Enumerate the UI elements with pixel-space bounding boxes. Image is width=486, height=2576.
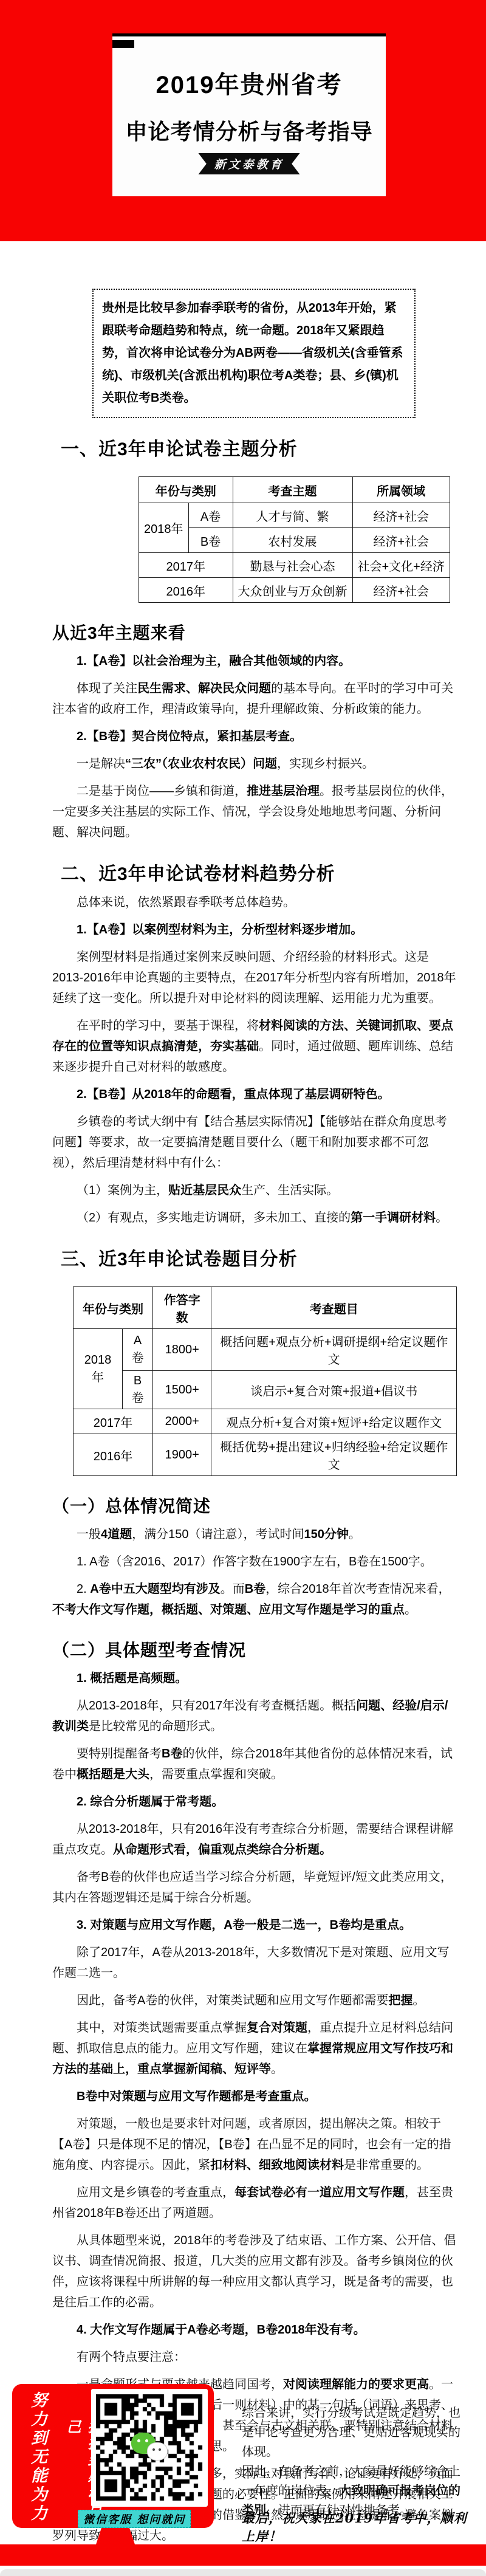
section-heading: 从近3年主题来看: [52, 620, 457, 644]
table-cell: 2016年: [74, 1434, 153, 1476]
paragraph: 乡镇卷的考试大纲中有【结合基层实际情况】【能够站在群众角度思考问题】等要求，故一…: [52, 1111, 457, 1173]
monitor-stand: [96, 2528, 135, 2544]
section-heading: 一、近3年申论试卷主题分析: [61, 434, 457, 461]
paragraph: 2.【B卷】从2018年的命题看，重点体现了基层调研特色。: [52, 1084, 457, 1105]
table-cell: B卷: [188, 528, 233, 553]
table-row: 2018年A卷1800+概括问题+观点分析+调研提纲+给定议题作文: [74, 1329, 457, 1371]
table-cell: 1800+: [153, 1329, 211, 1371]
slogan-column-1: 努力到无能为力: [26, 2391, 49, 2523]
intro-text: 贵州是比较早参加春季联考的省份，从2013年开始，紧跟联考命题趋势和特点，统一命…: [102, 301, 403, 405]
paragraph: 4. 大作文写作题属于A卷必考题，B卷2018年没有考。: [52, 2320, 457, 2340]
table-header-cell: 作答字数: [153, 1287, 211, 1329]
table-cell: 经济+社会: [352, 528, 450, 553]
table-row: 2017年勤恳与社会心态社会+文化+经济: [139, 553, 450, 578]
brand-ribbon: 新文泰教育: [198, 153, 299, 174]
paragraph: （1）案例为主，贴近基层民众生产、生活实际。: [52, 1180, 457, 1201]
intro-box: 贵州是比较早参加春季联考的省份，从2013年开始，紧跟联考命题趋势和特点，统一命…: [92, 289, 416, 418]
table-cell: 2017年: [139, 553, 233, 578]
paragraph: 因此，备考A卷的伙伴，对策类试题和应用文写作题都需要把握。: [52, 1990, 457, 2011]
paragraph: 二是基于岗位——乡镇和街道，推进基层治理。报考基层岗位的伙伴，一定要多关注基层的…: [52, 781, 457, 843]
paragraph: 1. 概括题是高频题。: [52, 1668, 457, 1689]
table-row: 2017年2000+观点分析+复合对策+短评+给定议题作文: [74, 1409, 457, 1434]
paragraph: 对策题，一般也是要求针对问题，或者原因，提出解决之策。相较于【A卷】只是体现不足…: [52, 2114, 457, 2176]
paragraph: B卷中对策题与应用文写作题都是考查重点。: [52, 2086, 457, 2107]
paragraph: 从2013-2018年，只有2017年没有考查概括题。概括问题、经验/启示/教训…: [52, 1695, 457, 1737]
table-row: 年份与类别作答字数考查题目: [74, 1287, 457, 1329]
brand-name: 新文泰教育: [214, 158, 284, 171]
table-header-cell: 考查题目: [211, 1287, 457, 1329]
table-cell: 勤恳与社会心态: [233, 553, 352, 578]
paragraph: 总体来说，依然紧跟春季联考总体趋势。: [52, 892, 457, 913]
table-cell: 2018年: [139, 503, 189, 553]
page: 2019年贵州省考 申论考情分析与备考指导 新文泰教育 贵州是比较早参加春季联考…: [0, 0, 486, 2576]
table-cell: 2017年: [74, 1409, 153, 1434]
page-title-line2: 申论考情分析与备考指导: [112, 115, 386, 146]
table-row: B卷1500+谈启示+复合对策+报道+倡议书: [74, 1371, 457, 1409]
paragraph: 应用文是乡镇卷的考查重点，每套试卷必有一道应用文写作题，甚至贵州省2018年B卷…: [52, 2182, 457, 2224]
paragraph: 从2013-2018年，只有2016年没有考查综合分析题，需要结合课程讲解重点攻…: [52, 1819, 457, 1860]
paragraph: 3. 对策题与应用文写作题，A卷一般是二选一，B卷均是重点。: [52, 1915, 457, 1935]
corner-tab-decoration: [112, 40, 134, 48]
paragraph: 一般4道题，满分150（请注意），考试时间150分钟。: [52, 1524, 457, 1545]
paragraph: 一是解决“三农”（农业农村农民）问题，实现乡村振兴。: [52, 754, 457, 774]
paragraph: 1. A卷（含2016、2017）作答字数在1900字左右，B卷在1500字。: [52, 1551, 457, 1572]
table-cell: 2016年: [139, 578, 233, 603]
bottom-gray-strip: [0, 2569, 486, 2576]
questions-table: 年份与类别作答字数考查题目2018年A卷1800+概括问题+观点分析+调研提纲+…: [73, 1286, 457, 1476]
table-row: 2016年大众创业与万众创新经济+社会: [139, 578, 450, 603]
paragraph: 体现了关注民生需求、解决民众问题的基本导向。在平时的学习中可关注本省的政府工作，…: [52, 678, 457, 720]
footer-summary: 综合来讲，实行分级考试是既定趋势，也是申论考查更为合理、更贴近客观现实的体现。因…: [242, 2403, 468, 2520]
footer-red-bar: [0, 2544, 486, 2566]
table-header-cell: 考查主题: [233, 477, 352, 503]
paragraph: 案例型材料是指通过案例来反映问题、介绍经验的材料形式。这是2013-2016年申…: [52, 947, 457, 1009]
paragraph: 2. A卷中五大题型均有涉及。而B卷，综合2018年首次考查情况来看，不考大作文…: [52, 1579, 457, 1620]
article-body: 一、近3年申论试卷主题分析年份与类别考查主题所属领域2018年A卷人才与简、繁经…: [52, 434, 457, 2546]
table-cell: 2018年: [74, 1329, 123, 1409]
table-cell: 1500+: [153, 1371, 211, 1409]
table-cell: 2000+: [153, 1409, 211, 1434]
paragraph: 2.【B卷】契合岗位特点，紧扣基层考查。: [52, 726, 457, 747]
qr-panel: [91, 2389, 208, 2507]
paragraph: 从具体题型来说，2018年的考卷涉及了结束语、工作方案、公开信、倡议书、调查情况…: [52, 2230, 457, 2313]
paragraph: 其中，对策类试题需要重点掌握复合对策题，重点提升立足材料总结问题、抓取信息点的能…: [52, 2018, 457, 2080]
table-header-cell: 年份与类别: [74, 1287, 153, 1329]
table-cell: 大众创业与万众创新: [233, 578, 352, 603]
paragraph: 有两个特点要注意：: [52, 2347, 457, 2368]
table-cell: 经济+社会: [352, 578, 450, 603]
table-row: 年份与类别考查主题所属领域: [139, 477, 450, 503]
table-cell: 观点分析+复合对策+短评+给定议题作文: [211, 1409, 457, 1434]
section-heading: 三、近3年申论试卷题目分析: [61, 1244, 457, 1271]
table-cell: B卷: [123, 1371, 153, 1409]
paragraph: 备考B卷的伙伴也应适当学习综合分析题，毕竟短评/短文此类应用文，其内在答题逻辑还…: [52, 1867, 457, 1908]
table-cell: A卷: [188, 503, 233, 528]
footer-monitor-card: 努力到无能为力 拼搏到感动自己 微信客服 想问就问: [12, 2384, 214, 2528]
section-heading: （一）总体情况简述: [52, 1493, 457, 1517]
header: 2019年贵州省考 申论考情分析与备考指导 新文泰教育: [0, 0, 486, 241]
page-title-line1: 2019年贵州省考: [112, 66, 386, 100]
wechat-service-label: 微信客服 想问就问: [78, 2510, 191, 2528]
footer-summary-paragraph: 综合来讲，实行分级考试是既定趋势，也是申论考查更为合理、更贴近客观现实的体现。: [242, 2403, 468, 2462]
paragraph: 除了2017年，A卷从2013-2018年，大多数情况下是对策题、应用文写作题二…: [52, 1942, 457, 1984]
table-cell: 农村发展: [233, 528, 352, 553]
table-header-cell: 所属领域: [352, 477, 450, 503]
section-heading: （二）具体题型考查情况: [52, 1637, 457, 1661]
wish-text: 最后，祝大家在2019年省考中，顺利上岸！: [242, 2509, 479, 2545]
table-cell: 人才与简、繁: [233, 503, 352, 528]
paragraph: 2. 综合分析题属于常考题。: [52, 1791, 457, 1812]
section-heading: 二、近3年申论试卷材料趋势分析: [61, 859, 457, 885]
table-row: 2016年1900+概括优势+提出建议+归纳经验+给定议题作文: [74, 1434, 457, 1476]
table-cell: 谈启示+复合对策+报道+倡议书: [211, 1371, 457, 1409]
table-cell: A卷: [123, 1329, 153, 1371]
wechat-icon: [131, 2433, 169, 2464]
paragraph: 1.【A卷】以社会治理为主，融合其他领域的内容。: [52, 651, 457, 671]
table-row: 2018年A卷人才与简、繁经济+社会: [139, 503, 450, 528]
paragraph: 1.【A卷】以案例型材料为主，分析型材料逐步增加。: [52, 919, 457, 940]
table-cell: 概括优势+提出建议+归纳经验+给定议题作文: [211, 1434, 457, 1476]
paragraph: （2）有观点，多实地走访调研，多未加工、直接的第一手调研材料。: [52, 1207, 457, 1228]
title-card: 2019年贵州省考 申论考情分析与备考指导 新文泰教育: [112, 33, 386, 196]
paragraph: 在平时的学习中，要基于课程，将材料阅读的方法、关键词抓取、要点存在的位置等知识点…: [52, 1015, 457, 1077]
table-cell: 社会+文化+经济: [352, 553, 450, 578]
topics-table: 年份与类别考查主题所属领域2018年A卷人才与简、繁经济+社会B卷农村发展经济+…: [139, 476, 450, 603]
table-header-cell: 年份与类别: [139, 477, 233, 503]
paragraph: 要特别提醒备考B卷的伙伴，综合2018年其他省份的总体情况来看，试卷中概括题是大…: [52, 1743, 457, 1785]
table-cell: 概括问题+观点分析+调研提纲+给定议题作文: [211, 1329, 457, 1371]
table-cell: 经济+社会: [352, 503, 450, 528]
table-cell: 1900+: [153, 1434, 211, 1476]
content: 贵州是比较早参加春季联考的省份，从2013年开始，紧跟联考命题趋势和特点，统一命…: [0, 289, 486, 2546]
